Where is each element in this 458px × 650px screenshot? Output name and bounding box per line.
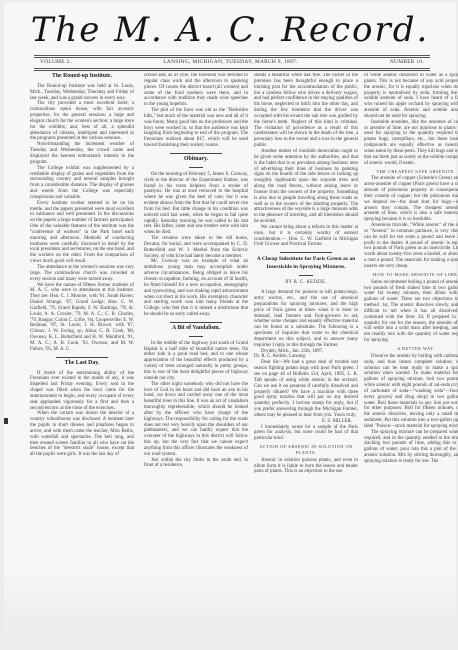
- article-paragraph: The attendance at the women's sessions w…: [30, 265, 134, 283]
- article-paragraph: Another matter of rondside desecration o…: [254, 149, 358, 225]
- article-paragraph: The arsenite of copper (Scheele's Green)…: [364, 176, 458, 223]
- article-paragraph: Dissolve the arsenic by boiling with car…: [364, 354, 458, 430]
- volume-label: VOLUME 2.: [40, 59, 71, 65]
- section-divider: [56, 357, 108, 358]
- section-divider: [189, 336, 203, 337]
- article-paragraph: stands a beautiful white oak tree. The o…: [254, 73, 358, 149]
- article-paragraph: Insoluble arsenites, like the arsenites …: [364, 120, 458, 167]
- masthead-rule-bottom: [34, 68, 430, 69]
- article-byline: BY R. C. KEDZIE.: [254, 280, 358, 286]
- masthead-rule-top: [34, 55, 430, 56]
- subheading: HOW TO MAKE ARSENITE OF LIME.: [364, 272, 458, 278]
- column-4: of white arsenic dissolved in water as a…: [364, 73, 458, 535]
- section-divider: [170, 153, 222, 154]
- article-paragraph: Arsenic in solution poisons plants, and …: [254, 458, 358, 476]
- article-paragraph: We cannot bring about a reform in this m…: [254, 225, 358, 248]
- article-paragraph: Dear Sir—We had a great deal of trouble …: [254, 360, 358, 418]
- article-heading: The Round-up Institute.: [30, 74, 134, 80]
- masthead-rule-bottom-2: [34, 70, 430, 71]
- article-paragraph: I immediately wrote for a sample of the …: [254, 425, 358, 443]
- subheading: A BETTER WAY.: [364, 346, 458, 352]
- article-paragraph: The plot of the farce was old as the "Be…: [144, 108, 248, 149]
- column-1: The Round-up Institute.The Round-up Inst…: [30, 73, 134, 539]
- article-paragraph: of white arsenic dissolved in water as a…: [364, 73, 458, 120]
- binding-mark: [4, 418, 8, 424]
- article-paragraph: If doubt of the entertaining ability of …: [30, 371, 134, 412]
- article-paragraph: The College exhibit was supplemented by …: [30, 166, 134, 201]
- article-paragraph: Just within the city limits in the south…: [144, 458, 248, 470]
- article-paragraph: The remains were taken to the old home, …: [144, 236, 248, 259]
- article-heading: Obituary.: [144, 157, 248, 163]
- page-bottom-margin: [4, 562, 456, 644]
- article-paragraph: Notwithstanding the inclement weather of…: [30, 142, 134, 165]
- article-paragraph: When the curtain was drawn the interior …: [30, 411, 134, 458]
- article-paragraph: Arsenious trioxide, "White arsenic" of t…: [364, 223, 458, 270]
- dateline-bar: VOLUME 2. LANSING, MICHIGAN, TUESDAY, MA…: [40, 59, 424, 65]
- subheading: THE CHEAPEST SAFE ARSENITE.: [364, 169, 458, 175]
- article-paragraph: Some recommend boiling a pound of arseni…: [364, 280, 458, 344]
- article-heading: A Cheap Substitute for Paris Green as an…: [254, 256, 358, 271]
- article-paragraph: The spraying mixture can be prepared whe…: [364, 430, 458, 465]
- article-heading: A Bit of Vandalism.: [144, 326, 248, 332]
- section-divider: [280, 252, 332, 253]
- article-paragraph: school and, as of yore, the forenoon was…: [144, 73, 248, 108]
- section-divider: [170, 322, 222, 323]
- subheading: ACTION OF ARSENIC IN SOLUTION ON PLANTS.: [254, 444, 358, 456]
- section-divider: [299, 275, 313, 276]
- article-paragraph: In the middle of the highway just south …: [144, 341, 248, 382]
- article-paragraph: Mr. Conway was an example of what an amb…: [144, 259, 248, 317]
- masthead-rule-top-2: [34, 57, 430, 58]
- issue-number: NUMBER 10.: [390, 59, 424, 65]
- article-paragraph: Every institute worker seemed to be on h…: [30, 201, 134, 265]
- dateline-text: LANSING, MICHIGAN, TUESDAY, MARCH 9, 189…: [163, 59, 297, 65]
- column-2: school and, as of yore, the forenoon was…: [144, 73, 248, 537]
- article-heading: The Last Day.: [30, 361, 134, 367]
- article-paragraph: The city provided a most excellent hotel…: [30, 101, 134, 142]
- column-3: stands a beautiful white oak tree. The o…: [254, 73, 358, 537]
- newspaper-page: The M. A. C. Record. VOLUME 2. LANSING, …: [4, 2, 456, 644]
- article-paragraph: The other night somebody who did not hav…: [144, 382, 248, 458]
- article-paragraph: A large demand for poisons to kill potat…: [254, 290, 358, 348]
- article-paragraph: The Round-up Institute was held at St. L…: [30, 84, 134, 102]
- article-paragraph: On the morning of February 5, James S. C…: [144, 172, 248, 236]
- article-paragraph: We have the names of fifteen former stud…: [30, 283, 134, 353]
- masthead-title: The M. A. C. Record.: [4, 10, 456, 50]
- section-divider: [189, 167, 203, 168]
